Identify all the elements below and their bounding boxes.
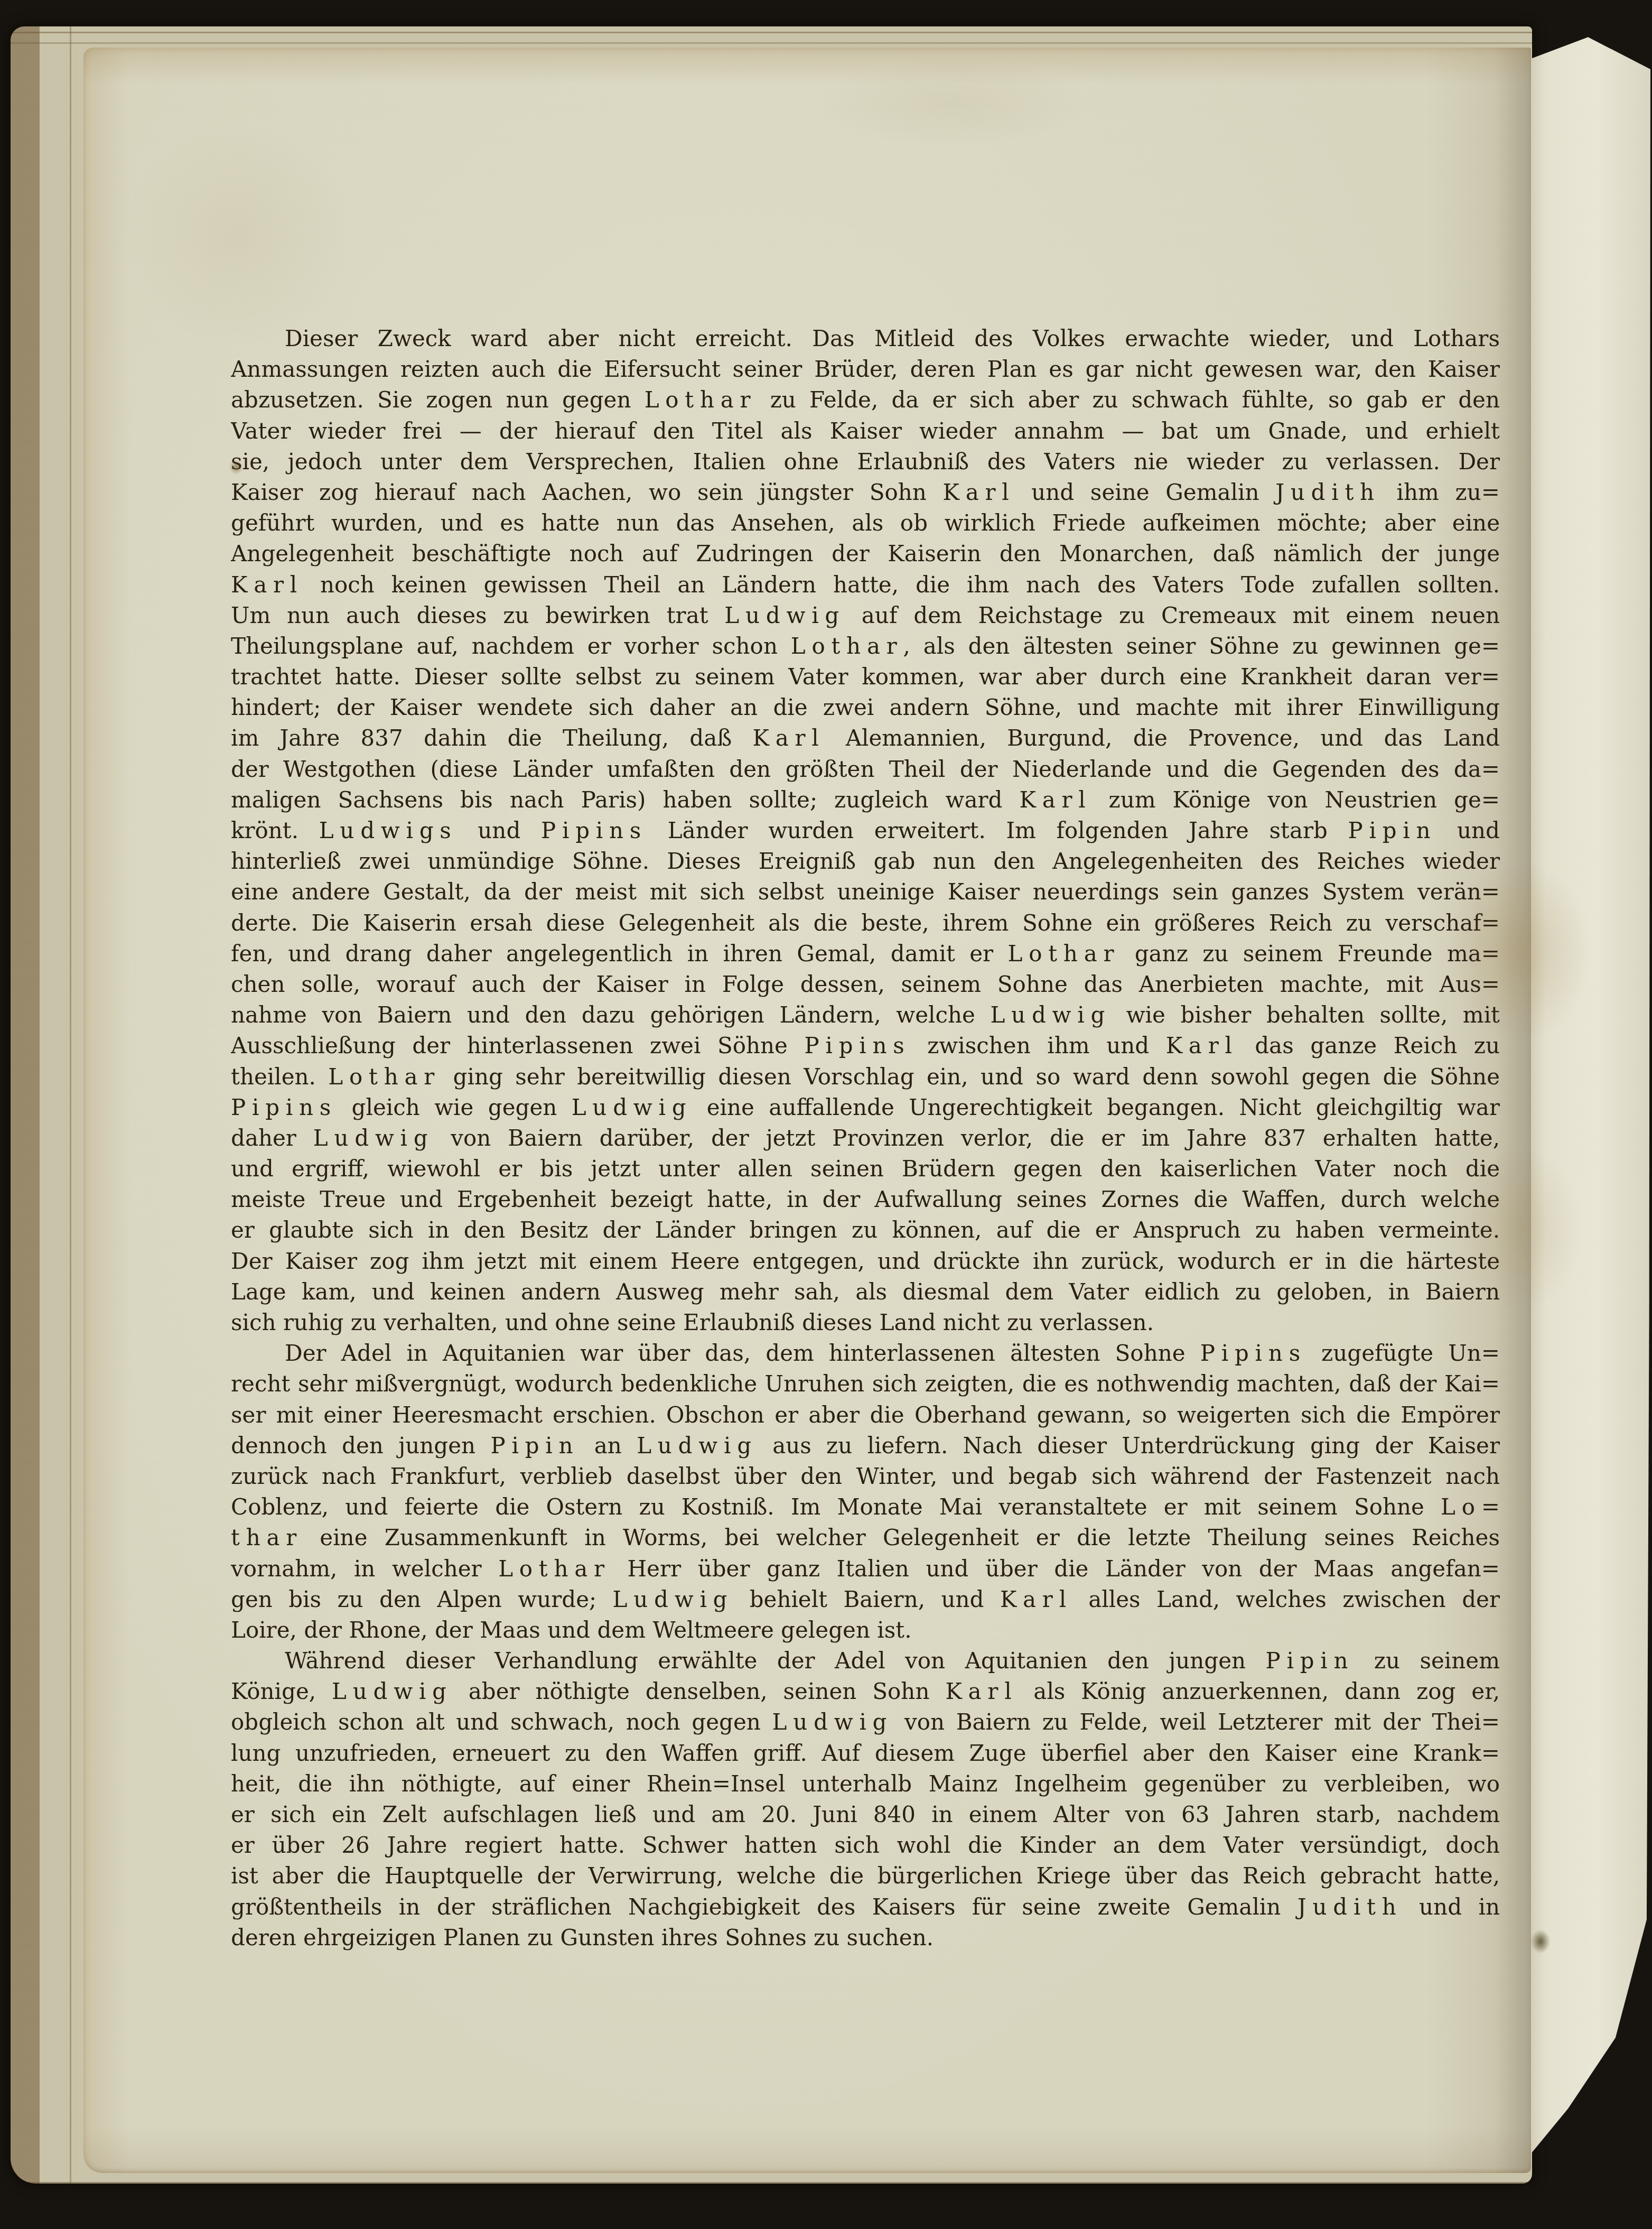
book-scan: Dieser Zweck ward aber nicht erreicht. D… — [0, 0, 1652, 2229]
letterspaced-name: Ludwigs — [319, 818, 458, 843]
text-line: im Jahre 837 dahin die Theilung, daß Kar… — [231, 723, 1500, 754]
text-run: Lage kam, und keinen andern Ausweg mehr … — [231, 1279, 1500, 1305]
text-run: zu seinem — [1354, 1648, 1500, 1674]
text-run: Während dieser Verhandlung erwählte der … — [285, 1648, 1266, 1674]
text-line: obgleich schon alt und schwach, noch geg… — [231, 1707, 1500, 1738]
text-line: heit, die ihn nöthigte, auf einer Rhein=… — [231, 1769, 1500, 1799]
text-run: abzusetzen. Sie zogen nun gegen — [231, 387, 645, 413]
text-line: Anmassungen reizten auch die Eifersucht … — [231, 354, 1500, 385]
text-line: er glaubte sich in den Besitz der Länder… — [231, 1215, 1500, 1246]
text-run: deren ehrgeizigen Planen zu Gunsten ihre… — [231, 1925, 934, 1951]
text-line: Ausschließung der hinterlassenen zwei Sö… — [231, 1030, 1500, 1061]
text-line: größtentheils in der sträflichen Nachgie… — [231, 1892, 1500, 1922]
text-run: nahme von Baiern und den dazu gehörigen … — [231, 1002, 990, 1028]
text-line: Könige, Ludwig aber nöthigte denselben, … — [231, 1676, 1500, 1707]
text-line: vornahm, in welcher Lothar Herr über gan… — [231, 1554, 1500, 1584]
text-run: gleich wie gegen — [337, 1094, 572, 1120]
text-run: recht sehr mißvergnügt, wodurch bedenkli… — [231, 1371, 1500, 1397]
text-run: der Westgothen (diese Länder umfaßten de… — [231, 756, 1500, 782]
text-line: Dieser Zweck ward aber nicht erreicht. D… — [231, 323, 1500, 354]
text-run: hindert; der Kaiser wendete sich daher a… — [231, 694, 1500, 720]
text-line: geführt wurden, und es hatte nun das Ans… — [231, 508, 1500, 538]
text-run: eine Zusammenkunft in Worms, bei welcher… — [303, 1525, 1500, 1550]
text-run: Anmassungen reizten auch die Eifersucht … — [231, 356, 1500, 382]
text-run: eine auffallende Ungerechtigkeit begange… — [692, 1094, 1500, 1120]
letterspaced-name: Karl — [1020, 787, 1092, 813]
letterspaced-name: Ludwig — [572, 1094, 693, 1120]
text-run: geführt wurden, und es hatte nun das Ans… — [231, 510, 1500, 536]
text-line: hinterließ zwei unmündige Söhne. Dieses … — [231, 846, 1500, 877]
text-line: Loire, der Rhone, der Maas und dem Weltm… — [231, 1615, 1500, 1646]
text-line: eine andere Gestalt, da der meist mit si… — [231, 877, 1500, 907]
letterspaced-name: Ludwig — [724, 602, 845, 628]
text-run: zu Felde, da er sich aber zu schwach füh… — [757, 387, 1500, 413]
text-line: Theilungsplane auf, nachdem er vorher sc… — [231, 631, 1500, 662]
text-line: Coblenz, und feierte die Ostern zu Kostn… — [231, 1492, 1500, 1522]
text-line: Vater wieder frei — der hierauf den Tite… — [231, 416, 1500, 447]
text-run: ganz zu seinem Freunde ma= — [1120, 941, 1500, 967]
text-run: er sich ein Zelt aufschlagen ließ und am… — [231, 1801, 1500, 1827]
text-line: er über 26 Jahre regiert hatte. Schwer h… — [231, 1830, 1500, 1861]
text-run: lung unzufrieden, erneuert zu den Waffen… — [231, 1740, 1500, 1766]
text-line: Pipins gleich wie gegen Ludwig eine auff… — [231, 1092, 1500, 1123]
text-line: Der Kaiser zog ihm jetzt mit einem Heere… — [231, 1246, 1500, 1277]
text-line: derte. Die Kaiserin ersah diese Gelegenh… — [231, 908, 1500, 939]
text-line: deren ehrgeizigen Planen zu Gunsten ihre… — [231, 1922, 1500, 1953]
text-run: Der Adel in Aquitanien war über das, dem… — [285, 1340, 1200, 1366]
text-line: Lage kam, und keinen andern Ausweg mehr … — [231, 1277, 1500, 1307]
text-run: fen, und drang daher angelegentlich in i… — [231, 941, 1008, 967]
text-run: ihm zu= — [1380, 479, 1500, 505]
text-run: krönt. — [231, 818, 319, 843]
text-line: Karl noch keinen gewissen Theil an Lände… — [231, 570, 1500, 600]
text-run: eine andere Gestalt, da der meist mit si… — [231, 879, 1500, 905]
text-run: Dieser Zweck ward aber nicht erreicht. D… — [285, 326, 1500, 351]
text-run: zum Könige von Neustrien ge= — [1092, 787, 1500, 813]
text-line: theilen. Lothar ging sehr bereitwillig d… — [231, 1062, 1500, 1092]
text-run: zwischen ihm und — [911, 1033, 1166, 1058]
letterspaced-name: Ludwig — [313, 1125, 434, 1151]
text-run: Theilungsplane auf, nachdem er vorher sc… — [231, 633, 791, 659]
text-run: ser mit einer Heeresmacht erschien. Obsc… — [231, 1402, 1500, 1428]
letterspaced-name: Lothar — [1008, 941, 1121, 967]
letterspaced-name: thar — [231, 1525, 303, 1550]
text-run: im Jahre 837 dahin die Theilung, daß — [231, 725, 753, 751]
text-run: derte. Die Kaiserin ersah diese Gelegenh… — [231, 910, 1500, 936]
letterspaced-name: Pipin — [490, 1433, 579, 1459]
text-run: und in — [1403, 1894, 1500, 1920]
text-run: obgleich schon alt und schwach, noch geg… — [231, 1709, 772, 1735]
text-run: vornahm, in welcher — [231, 1556, 498, 1582]
text-line: sie, jedoch unter dem Versprechen, Itali… — [231, 447, 1500, 477]
letterspaced-name: Karl — [943, 479, 1015, 505]
text-line: fen, und drang daher angelegentlich in i… — [231, 939, 1500, 969]
letterspaced-name: Ludwig — [332, 1678, 453, 1704]
text-line: hindert; der Kaiser wendete sich daher a… — [231, 692, 1500, 723]
page-text: Dieser Zweck ward aber nicht erreicht. D… — [231, 323, 1500, 1953]
text-run: dennoch den jungen — [231, 1433, 490, 1459]
text-run: maligen Sachsens bis nach Paris) haben s… — [231, 787, 1020, 813]
text-line: lung unzufrieden, erneuert zu den Waffen… — [231, 1738, 1500, 1769]
text-run: , als den ältesten seiner Söhne zu gewin… — [903, 633, 1500, 659]
letterspaced-name: Judith — [1298, 1894, 1403, 1920]
text-line: chen solle, worauf auch der Kaiser in Fo… — [231, 969, 1500, 1000]
text-line: recht sehr mißvergnügt, wodurch bedenkli… — [231, 1369, 1500, 1399]
text-run: Alemannien, Burgund, die Provence, und d… — [825, 725, 1500, 751]
text-line: dennoch den jungen Pipin an Ludwig aus z… — [231, 1431, 1500, 1461]
text-line: der Westgothen (diese Länder umfaßten de… — [231, 754, 1500, 785]
letterspaced-name: Lo — [1441, 1494, 1481, 1520]
text-line: daher Ludwig von Baiern darüber, der jet… — [231, 1123, 1500, 1154]
text-line: Der Adel in Aquitanien war über das, dem… — [231, 1338, 1500, 1369]
letterspaced-name: Lothar — [328, 1064, 441, 1090]
text-run: und ergriff, wiewohl er bis jetzt unter … — [231, 1156, 1500, 1182]
text-run: als König anzuerkennen, dann zog er, — [1018, 1678, 1500, 1704]
text-run: Um nun auch dieses zu bewirken trat — [231, 602, 724, 628]
text-run: chen solle, worauf auch der Kaiser in Fo… — [231, 971, 1500, 997]
text-line: er sich ein Zelt aufschlagen ließ und am… — [231, 1799, 1500, 1830]
text-run: sich ruhig zu verhalten, und ohne seine … — [231, 1309, 1154, 1335]
text-line: Um nun auch dieses zu bewirken trat Ludw… — [231, 600, 1500, 631]
text-run: theilen. — [231, 1064, 328, 1090]
text-run: Herr über ganz Italien und über die Länd… — [611, 1556, 1500, 1582]
text-run: Vater wieder frei — der hierauf den Tite… — [231, 418, 1500, 444]
text-run: wie bisher behalten sollte, mit — [1111, 1002, 1500, 1028]
text-run: sie, jedoch unter dem Versprechen, Itali… — [231, 449, 1500, 475]
text-run: hinterließ zwei unmündige Söhne. Dieses … — [231, 848, 1500, 874]
letterspaced-name: Ludwig — [637, 1433, 758, 1459]
letterspaced-name: Lothar — [498, 1556, 611, 1582]
letterspaced-name: Karl — [231, 572, 303, 598]
text-run: zugefügte Un= — [1306, 1340, 1500, 1366]
text-run: an — [579, 1433, 637, 1459]
text-line: Kaiser zog hierauf nach Aachen, wo sein … — [231, 477, 1500, 508]
text-run: Könige, — [231, 1678, 332, 1704]
letterspaced-name: Lothar — [645, 387, 757, 413]
text-run: größtentheils in der sträflichen Nachgie… — [231, 1894, 1298, 1920]
text-line: trachtet hatte. Dieser sollte selbst zu … — [231, 662, 1500, 692]
text-line: Angelegenheit beschäftigte noch auf Zudr… — [231, 538, 1500, 569]
letterspaced-name: Pipins — [231, 1094, 337, 1120]
letterspaced-name: Pipin — [1266, 1648, 1355, 1674]
text-run: alles Land, welches zwischen der — [1072, 1586, 1500, 1612]
letterspaced-name: Ludwig — [613, 1586, 734, 1612]
text-run: trachtet hatte. Dieser sollte selbst zu … — [231, 664, 1500, 690]
next-page-edge — [1526, 31, 1650, 2177]
text-run: und — [458, 818, 541, 843]
text-run: das ganze Reich zu — [1238, 1033, 1500, 1058]
text-run: Angelegenheit beschäftigte noch auf Zudr… — [231, 541, 1500, 566]
text-line: krönt. Ludwigs und Pipins Länder wurden … — [231, 815, 1500, 846]
text-line: maligen Sachsens bis nach Paris) haben s… — [231, 785, 1500, 815]
text-line: abzusetzen. Sie zogen nun gegen Lothar z… — [231, 385, 1500, 415]
text-run: ist aber die Hauptquelle der Verwirrung,… — [231, 1863, 1500, 1889]
text-line: ist aber die Hauptquelle der Verwirrung,… — [231, 1861, 1500, 1891]
text-run: = — [1481, 1494, 1500, 1520]
text-run: auf dem Reichstage zu Cremeaux mit einem… — [845, 602, 1500, 628]
text-run: von Baiern darüber, der jetzt Provinzen … — [434, 1125, 1500, 1151]
text-run: aus zu liefern. Nach dieser Unterdrückun… — [758, 1433, 1500, 1459]
text-run: Länder wurden erweitert. Im folgenden Ja… — [647, 818, 1348, 843]
letterspaced-name: Lothar — [791, 633, 903, 659]
text-run: Kaiser zog hierauf nach Aachen, wo sein … — [231, 479, 943, 505]
text-run: und seine Gemalin — [1015, 479, 1275, 505]
letterspaced-name: Karl — [945, 1678, 1018, 1704]
text-run: zurück nach Frankfurt, verblieb daselbst… — [231, 1463, 1500, 1489]
text-run: Der Kaiser zog ihm jetzt mit einem Heere… — [231, 1248, 1500, 1274]
book-page: Dieser Zweck ward aber nicht erreicht. D… — [83, 48, 1531, 2173]
text-run: gen bis zu den Alpen wurde; — [231, 1586, 613, 1612]
text-run: behielt Baiern, und — [733, 1586, 1000, 1612]
text-run: ging sehr bereitwillig diesen Vorschlag … — [441, 1064, 1500, 1090]
letterspaced-name: Pipins — [541, 818, 647, 843]
text-line: thar eine Zusammenkunft in Worms, bei we… — [231, 1522, 1500, 1553]
text-run: noch keinen gewissen Theil an Ländern ha… — [303, 572, 1500, 598]
letterspaced-name: Pipin — [1348, 818, 1437, 843]
letterspaced-name: Karl — [1166, 1033, 1238, 1058]
text-run: aber nöthigte denselben, seinen Sohn — [453, 1678, 946, 1704]
letterspaced-name: Judith — [1275, 479, 1380, 505]
text-line: sich ruhig zu verhalten, und ohne seine … — [231, 1307, 1500, 1338]
text-line: nahme von Baiern und den dazu gehörigen … — [231, 1000, 1500, 1030]
letterspaced-name: Ludwig — [990, 1002, 1111, 1028]
text-run: Ausschließung der hinterlassenen zwei Sö… — [231, 1033, 805, 1058]
letterspaced-name: Pipins — [1200, 1340, 1306, 1366]
text-line: Während dieser Verhandlung erwählte der … — [231, 1646, 1500, 1676]
letterspaced-name: Ludwig — [772, 1709, 893, 1735]
letterspaced-name: Karl — [753, 725, 825, 751]
text-run: er glaubte sich in den Besitz der Länder… — [231, 1217, 1500, 1243]
text-line: gen bis zu den Alpen wurde; Ludwig behie… — [231, 1584, 1500, 1615]
text-run: heit, die ihn nöthigte, auf einer Rhein=… — [231, 1771, 1500, 1797]
text-run: er über 26 Jahre regiert hatte. Schwer h… — [231, 1832, 1500, 1858]
text-run: daher — [231, 1125, 313, 1151]
text-run: meiste Treue und Ergebenheit bezeigt hat… — [231, 1186, 1500, 1212]
letterspaced-name: Karl — [1000, 1586, 1072, 1612]
text-run: und — [1436, 818, 1500, 843]
text-line: meiste Treue und Ergebenheit bezeigt hat… — [231, 1184, 1500, 1215]
text-line: zurück nach Frankfurt, verblieb daselbst… — [231, 1461, 1500, 1492]
text-run: von Baiern zu Felde, weil Letzterer mit … — [893, 1709, 1500, 1735]
text-line: und ergriff, wiewohl er bis jetzt unter … — [231, 1154, 1500, 1184]
text-run: Loire, der Rhone, der Maas und dem Weltm… — [231, 1617, 912, 1643]
text-run: Coblenz, und feierte die Ostern zu Kostn… — [231, 1494, 1441, 1520]
letterspaced-name: Pipins — [805, 1033, 911, 1058]
text-line: ser mit einer Heeresmacht erschien. Obsc… — [231, 1400, 1500, 1431]
